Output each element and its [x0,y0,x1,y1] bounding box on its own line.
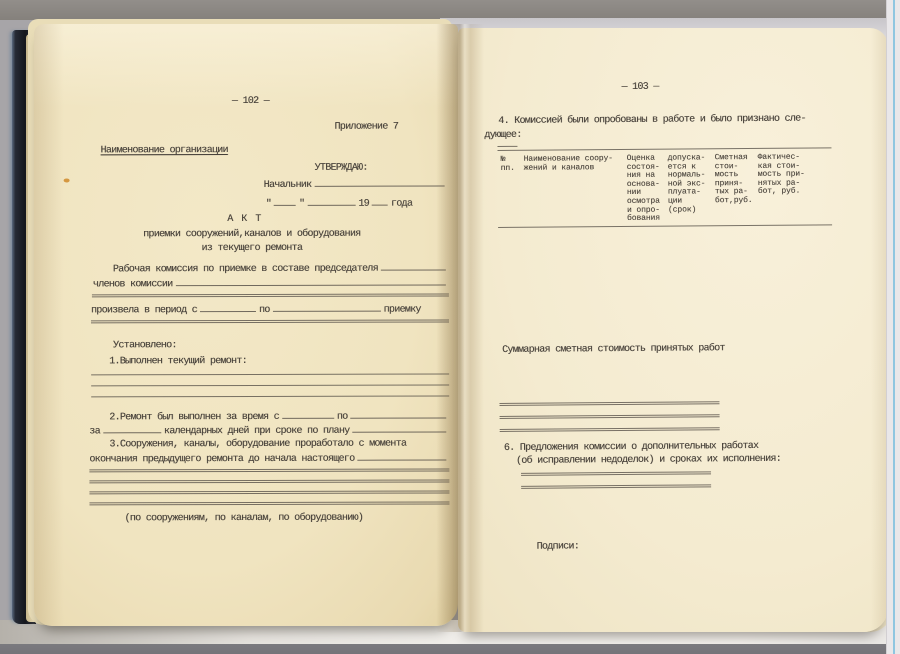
blank-line [381,262,446,270]
item-6-line-2: (об исправлении недоделок) и сроках их и… [516,454,781,468]
item-4-line-2: дующее: [484,130,521,142]
col-header-name: Наименование соору- жений и каналов [524,155,613,173]
chief-label: Начальник [264,180,312,192]
table-header-bottom-rule [498,224,832,228]
quote-mark: " [299,199,304,211]
commission-line-2: членов комиссии [93,277,449,291]
item-4-line-1: 4. Комиссией были опробованы в работе и … [498,114,806,128]
scanner-top-bar [0,0,900,20]
ruled-line [89,490,449,494]
item-3-line-2: окончания предыдущего ремонта до начала … [89,452,449,466]
act-subtitle-2: из текущего ремонта [132,243,372,256]
left-page-content: — 102 — Приложение 7 Наименование органи… [34,24,458,626]
item-2-line-1: 2.Ремонт был выполнен за время с по [109,410,449,424]
scanner-right-blue-line [893,0,895,654]
col-header-actual-cost: Фактичес- кая стои- мость при- нятых ра-… [758,154,805,197]
acceptance-table-header: № пп. Наименование соору- жений и канало… [497,147,832,234]
act-title: А К Т [195,214,295,226]
stain [64,178,70,182]
page-number-left: — 102 — [198,96,302,108]
signatures-label: Подписи: [537,541,580,553]
blank-line [314,178,444,186]
col-header-estimate-cost: Сметная стои- мость приня- тых ра- бот,р… [715,154,753,206]
blank-line [273,304,381,312]
scanner-bottom-bar [0,644,900,654]
ruled-line [91,373,449,375]
ruled-line [500,427,720,432]
ruled-line [521,471,711,475]
item-3-line-1: 3.Сооружения, каналы, оборудование прора… [109,439,406,452]
col-header-admission: допуска- ется к нормаль- ной экс- плуата… [668,154,706,214]
quote-mark: " [266,199,271,211]
ruled-line [92,293,449,297]
ruled-line [91,384,449,386]
org-name-label: Наименование организации [101,145,228,157]
commission-line-1: Рабочая комиссия по приемке в составе пр… [113,262,449,276]
blank-line [274,198,296,206]
ruled-line [89,501,449,505]
approve-label: УТВЕРЖДАЮ: [315,163,368,175]
col-header-num: № пп. [501,156,515,173]
right-page-content: — 103 — 4. Комиссией были опробованы в р… [458,28,888,632]
established-label: Установлено: [113,340,177,352]
blank-line [372,198,388,206]
blank-line [282,411,334,419]
appendix-label: Приложение 7 [334,122,398,134]
ruled-line [91,319,449,323]
page-number-right: — 103 — [590,81,690,94]
item-6-line-1: 6. Предложения комиссии о дополнительных… [504,441,759,455]
ruled-line [500,414,720,419]
ruled-line [499,401,719,406]
blank-line [307,198,355,206]
blank-line [200,304,256,312]
caption-line: (по сооружениям, по каналам, по оборудов… [124,513,354,526]
table-top-rule [497,147,831,151]
item-1: 1.Выполнен текущий ремонт: [109,356,247,368]
table-top-dash [497,146,517,147]
year-suffix: года [391,199,412,211]
blank-line [352,424,446,432]
blank-line [175,277,446,286]
year-prefix: 19 [358,199,369,211]
right-page: — 103 — 4. Комиссией были опробованы в р… [458,28,888,632]
blank-line [103,425,161,433]
period-line: произвела в период с по приемку [91,303,449,317]
ruled-line [89,468,449,472]
item-2-line-2: за календарных дней при сроке по плану [89,424,449,438]
act-subtitle-1: приемки сооружений,каналов и оборудовани… [132,229,372,242]
chief-line: Начальник [264,178,448,191]
left-page: — 102 — Приложение 7 Наименование органи… [34,24,458,626]
blank-line [357,452,446,460]
ruled-line [91,395,449,397]
ruled-line [521,484,711,488]
col-header-condition: Оценка состоя- ния на основа- нии осмотр… [627,155,660,224]
blank-line [350,410,446,418]
ruled-line [89,479,449,483]
date-line: " " 19 года [266,197,448,210]
summary-line: Суммарная сметная стоимость принятых раб… [502,343,725,357]
